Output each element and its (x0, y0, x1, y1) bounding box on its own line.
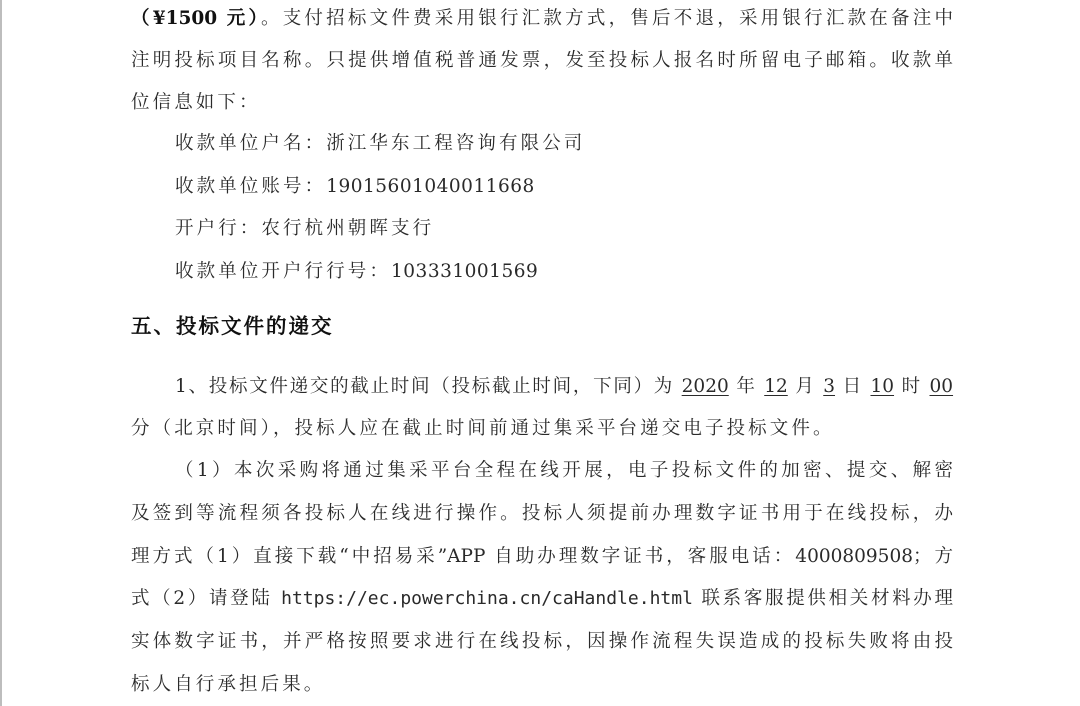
online-line-4: 式（2）请登陆 https://ec.powerchina.cn/caHandl… (131, 586, 953, 612)
payee-account-value: 19015601040011668 (326, 176, 535, 197)
payee-bank-row: 开户行：农行杭州朝晖支行 (175, 216, 434, 242)
payee-bank-label: 开户行： (175, 218, 261, 239)
online-line-1: （1）本次采购将通过集采平台全程在线开展，电子投标文件的加密、提交、解密 (175, 458, 953, 484)
payee-account-row: 收款单位账号：19015601040011668 (175, 174, 535, 200)
online-line-5: 实体数字证书，并严格按照要求进行在线投标，因操作流程失误造成的投标失败将由投 (131, 629, 953, 655)
fee-paragraph-line-2: 注明投标项目名称。只提供增值税普通发票，发至投标人报名时所留电子邮箱。收款单 (131, 48, 953, 74)
online-line-2: 及签到等流程须各投标人在线进行操作。投标人须提前办理数字证书用于在线投标，办 (131, 501, 953, 527)
online-line-3: 理方式（1）直接下载“中招易采”APP 自助办理数字证书，客服电话：400080… (131, 544, 953, 570)
deadline-line-1: 1、投标文件递交的截止时间（投标截止时间，下同）为 2020 年 12 月 3 … (175, 374, 953, 400)
payee-bank-value: 农行杭州朝晖支行 (261, 218, 434, 239)
deadline-month: 12 (764, 376, 788, 397)
deadline-prefix: 1、投标文件递交的截止时间（投标截止时间，下同）为 (175, 376, 682, 397)
payee-account-label: 收款单位账号： (175, 176, 326, 197)
deadline-line-2: 分（北京时间），投标人应在截止时间前通过集采平台递交电子投标文件。 (131, 416, 835, 442)
fee-amount: （¥1500 元） (131, 8, 261, 29)
fee-text: 。支付招标文件费采用银行汇款方式，售后不退，采用银行汇款在备注中 (261, 8, 953, 29)
deadline-hour: 10 (870, 376, 894, 397)
section-heading: 五、投标文件的递交 (131, 313, 334, 339)
fee-paragraph-line-3: 位信息如下： (131, 90, 261, 116)
month-unit: 月 (788, 376, 823, 397)
payee-name-row: 收款单位户名：浙江华东工程咨询有限公司 (175, 131, 585, 157)
page-left-border (0, 0, 2, 706)
payee-name-value: 浙江华东工程咨询有限公司 (326, 133, 585, 154)
day-unit: 日 (835, 376, 870, 397)
deadline-minute: 00 (930, 376, 954, 397)
payee-bank-code-value: 103331001569 (391, 261, 538, 282)
login-text: 式（2）请登陆 (131, 588, 281, 609)
payee-bank-code-row: 收款单位开户行行号：103331001569 (175, 259, 538, 285)
payee-name-label: 收款单位户名： (175, 133, 326, 154)
deadline-day: 3 (823, 376, 835, 397)
contact-text: 联系客服提供相关材料办理 (693, 588, 953, 609)
hour-unit: 时 (894, 376, 929, 397)
fee-paragraph-line-1: （¥1500 元）。支付招标文件费采用银行汇款方式，售后不退，采用银行汇款在备注… (131, 6, 953, 32)
deadline-year: 2020 (682, 376, 729, 397)
payee-bank-code-label: 收款单位开户行行号： (175, 261, 391, 282)
ca-handle-link[interactable]: https://ec.powerchina.cn/caHandle.html (281, 588, 693, 609)
year-unit: 年 (729, 376, 764, 397)
online-line-6: 标人自行承担后果。 (131, 672, 325, 698)
